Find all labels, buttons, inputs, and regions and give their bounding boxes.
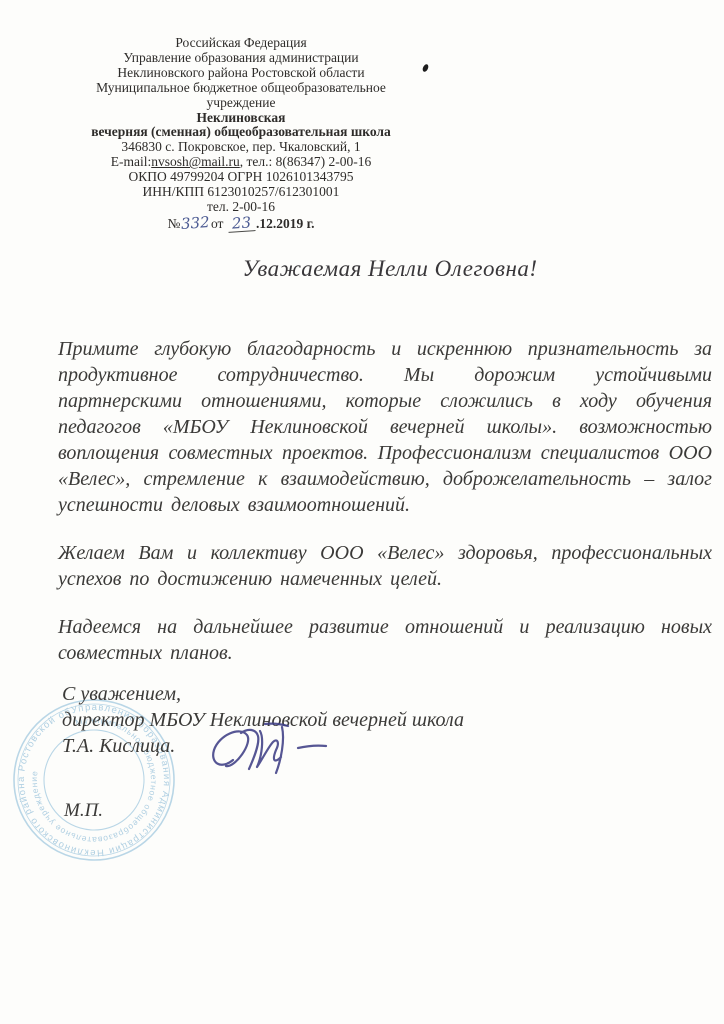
number-sign: №: [167, 216, 180, 231]
paragraph-hopes: Надеемся на дальнейшее развитие отношени…: [58, 614, 712, 666]
letterhead-school-name-2: вечерняя (сменная) общеобразовательная ш…: [55, 125, 427, 140]
letterhead-okpo-ogrn: ОКПО 49799204 ОГРН 1026101343795: [55, 170, 427, 185]
paragraph-gratitude: Примите глубокую благодарность и искренн…: [58, 336, 712, 518]
email-address: nvsosh@mail.ru: [151, 154, 240, 169]
handwritten-doc-number: 332: [181, 215, 211, 232]
date-suffix: .12.2019 г.: [256, 216, 315, 231]
email-label: E-mail:: [111, 154, 152, 169]
closing-regards: С уважением,: [62, 681, 542, 707]
doc-number-line: №332от 23.12.2019 г.: [55, 216, 427, 232]
signature-stroke: [213, 724, 326, 773]
letterhead-line-institution-1: Муниципальное бюджетное общеобразователь…: [55, 81, 427, 96]
letterhead-line-district: Неклиновского района Ростовской области: [55, 66, 427, 81]
letterhead-email-line: E-mail:nvsosh@mail.ru, тел.: 8(86347) 2-…: [55, 155, 427, 170]
salutation: Уважаемая Нелли Олеговна!: [115, 256, 665, 282]
letterhead-phone: тел. 2-00-16: [55, 200, 427, 215]
letterhead-inn-kpp: ИНН/КПП 6123010257/612301001: [55, 185, 427, 200]
phone-after-email: , тел.: 8(86347) 2-00-16: [240, 154, 372, 169]
letterhead: Российская Федерация Управление образова…: [55, 36, 427, 232]
letterhead-line-country: Российская Федерация: [55, 36, 427, 51]
handwritten-day: 23: [227, 215, 255, 233]
mp-label: М.П.: [64, 800, 103, 822]
handwritten-signature: [203, 716, 333, 784]
scanned-letter-page: Российская Федерация Управление образова…: [0, 0, 724, 1024]
letterhead-line-institution-2: учреждение: [55, 96, 427, 111]
letterhead-address: 346830 с. Покровское, пер. Чкаловский, 1: [55, 140, 427, 155]
paragraph-wishes: Желаем Вам и коллективу ООО «Велес» здор…: [58, 540, 712, 592]
letter-body: Примите глубокую благодарность и искренн…: [58, 336, 712, 688]
letterhead-school-name-1: Неклиновская: [55, 111, 427, 126]
ot-label: от: [211, 216, 223, 231]
letterhead-line-department: Управление образования администрации: [55, 51, 427, 66]
